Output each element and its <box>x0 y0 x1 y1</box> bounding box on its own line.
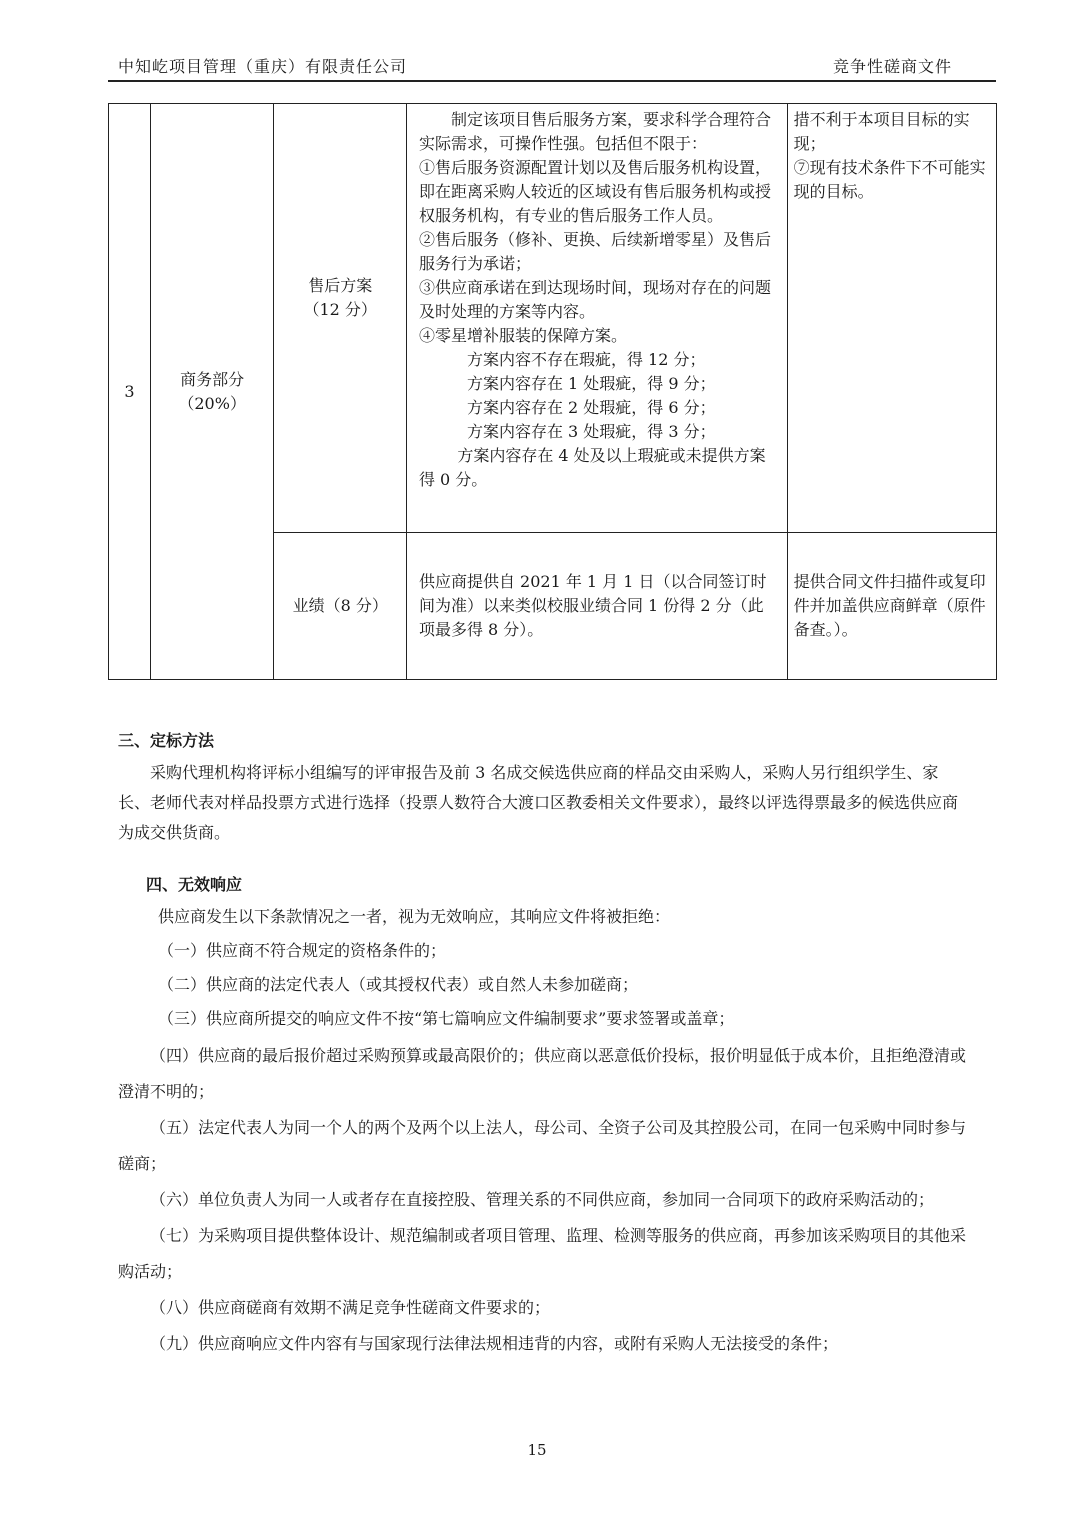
document-type: 竞争性磋商文件 <box>833 54 952 77</box>
desc-line: 制定该项目售后服务方案，要求科学合理符合实际需求，可操作性强。包括但不限于： <box>419 108 777 156</box>
list-item: （四）供应商的最后报价超过采购预算或最高限价的；供应商以恶意低价投标，报价明显低… <box>118 1038 970 1110</box>
page-number: 15 <box>0 1441 1074 1459</box>
list-item: （一）供应商不符合规定的资格条件的； <box>118 936 970 966</box>
row-number-cell: 3 <box>109 104 151 680</box>
section-invalid-response: 四、无效响应 供应商发生以下条款情况之一者，视为无效响应，其响应文件将被拒绝： … <box>118 870 970 1362</box>
category-percent: （20%） <box>151 392 274 416</box>
page-header: 中知屹项目管理（重庆）有限责任公司 竞争性磋商文件 <box>108 52 996 82</box>
desc-line: 供应商提供自 2021 年 1 月 1 日（以合同签订时间为准）以来类似校服业绩… <box>419 570 777 642</box>
desc-line: 方案内容存在 4 处及以上瑕疵或未提供方案得 0 分。 <box>419 444 777 492</box>
desc-line: ①售后服务资源配置计划以及售后服务机构设置，即在距离采购人较近的区域设有售后服务… <box>419 156 777 228</box>
note-cell: 提供合同文件扫描件或复印件并加盖供应商鲜章（原件备查。）。 <box>787 533 996 680</box>
note-line: 措不利于本项目目标的实现； <box>794 108 988 156</box>
section-award-method: 三、定标方法 采购代理机构将评标小组编写的评审报告及前 3 名成交候选供应商的样… <box>118 726 970 848</box>
list-item: （九）供应商响应文件内容有与国家现行法律法规相违背的内容，或附有采购人无法接受的… <box>118 1326 970 1362</box>
desc-line: ③供应商承诺在到达现场时间，现场对存在的问题及时处理的方案等内容。 <box>419 276 777 324</box>
section-heading: 三、定标方法 <box>118 726 970 756</box>
list-item: （八）供应商磋商有效期不满足竞争性磋商文件要求的； <box>118 1290 970 1326</box>
table-row: 3 商务部分 （20%） 售后方案 （12 分） 制定该项目售后服务方案，要求科… <box>109 104 997 533</box>
note-line: ⑦现有技术条件下不可能实现的目标。 <box>794 156 988 204</box>
scoring-table: 3 商务部分 （20%） 售后方案 （12 分） 制定该项目售后服务方案，要求科… <box>108 103 997 680</box>
item-label: 售后方案 <box>274 274 405 298</box>
list-item: （六）单位负责人为同一人或者存在直接控股、管理关系的不同供应商，参加同一合同项下… <box>118 1182 970 1218</box>
list-item: （五）法定代表人为同一个人的两个及两个以上法人，母公司、全资子公司及其控股公司，… <box>118 1110 970 1182</box>
desc-line: ②售后服务（修补、更换、后续新增零星）及售后服务行为承诺； <box>419 228 777 276</box>
company-name: 中知屹项目管理（重庆）有限责任公司 <box>118 54 407 77</box>
note-line: 提供合同文件扫描件或复印件并加盖供应商鲜章（原件备查。）。 <box>794 570 988 642</box>
description-cell: 供应商提供自 2021 年 1 月 1 日（以合同签订时间为准）以来类似校服业绩… <box>406 533 787 680</box>
item-score: （12 分） <box>274 298 405 322</box>
desc-line: 方案内容存在 3 处瑕疵，得 3 分； <box>419 420 777 444</box>
list-item: （七）为采购项目提供整体设计、规范编制或者项目管理、监理、检测等服务的供应商，再… <box>118 1218 970 1290</box>
section-intro: 供应商发生以下条款情况之一者，视为无效响应，其响应文件将被拒绝： <box>118 902 970 932</box>
desc-line: 方案内容不存在瑕疵，得 12 分； <box>419 348 777 372</box>
description-cell: 制定该项目售后服务方案，要求科学合理符合实际需求，可操作性强。包括但不限于： ①… <box>406 104 787 533</box>
desc-line: 方案内容存在 2 处瑕疵，得 6 分； <box>419 396 777 420</box>
item-cell: 业绩（8 分） <box>274 533 406 680</box>
desc-line: 方案内容存在 1 处瑕疵，得 9 分； <box>419 372 777 396</box>
list-item: （二）供应商的法定代表人（或其授权代表）或自然人未参加磋商； <box>118 970 970 1000</box>
list-item: （三）供应商所提交的响应文件不按“第七篇响应文件编制要求”要求签署或盖章； <box>118 1004 970 1034</box>
category-label: 商务部分 <box>151 368 274 392</box>
desc-line: ④零星增补服装的保障方案。 <box>419 324 777 348</box>
item-cell: 售后方案 （12 分） <box>274 104 406 533</box>
section-heading: 四、无效响应 <box>118 870 970 900</box>
item-label: 业绩（8 分） <box>293 596 388 615</box>
note-cell: 措不利于本项目目标的实现； ⑦现有技术条件下不可能实现的目标。 <box>787 104 996 533</box>
row-number: 3 <box>124 382 134 401</box>
section-paragraph: 采购代理机构将评标小组编写的评审报告及前 3 名成交候选供应商的样品交由采购人，… <box>118 758 970 848</box>
category-cell: 商务部分 （20%） <box>150 104 274 680</box>
